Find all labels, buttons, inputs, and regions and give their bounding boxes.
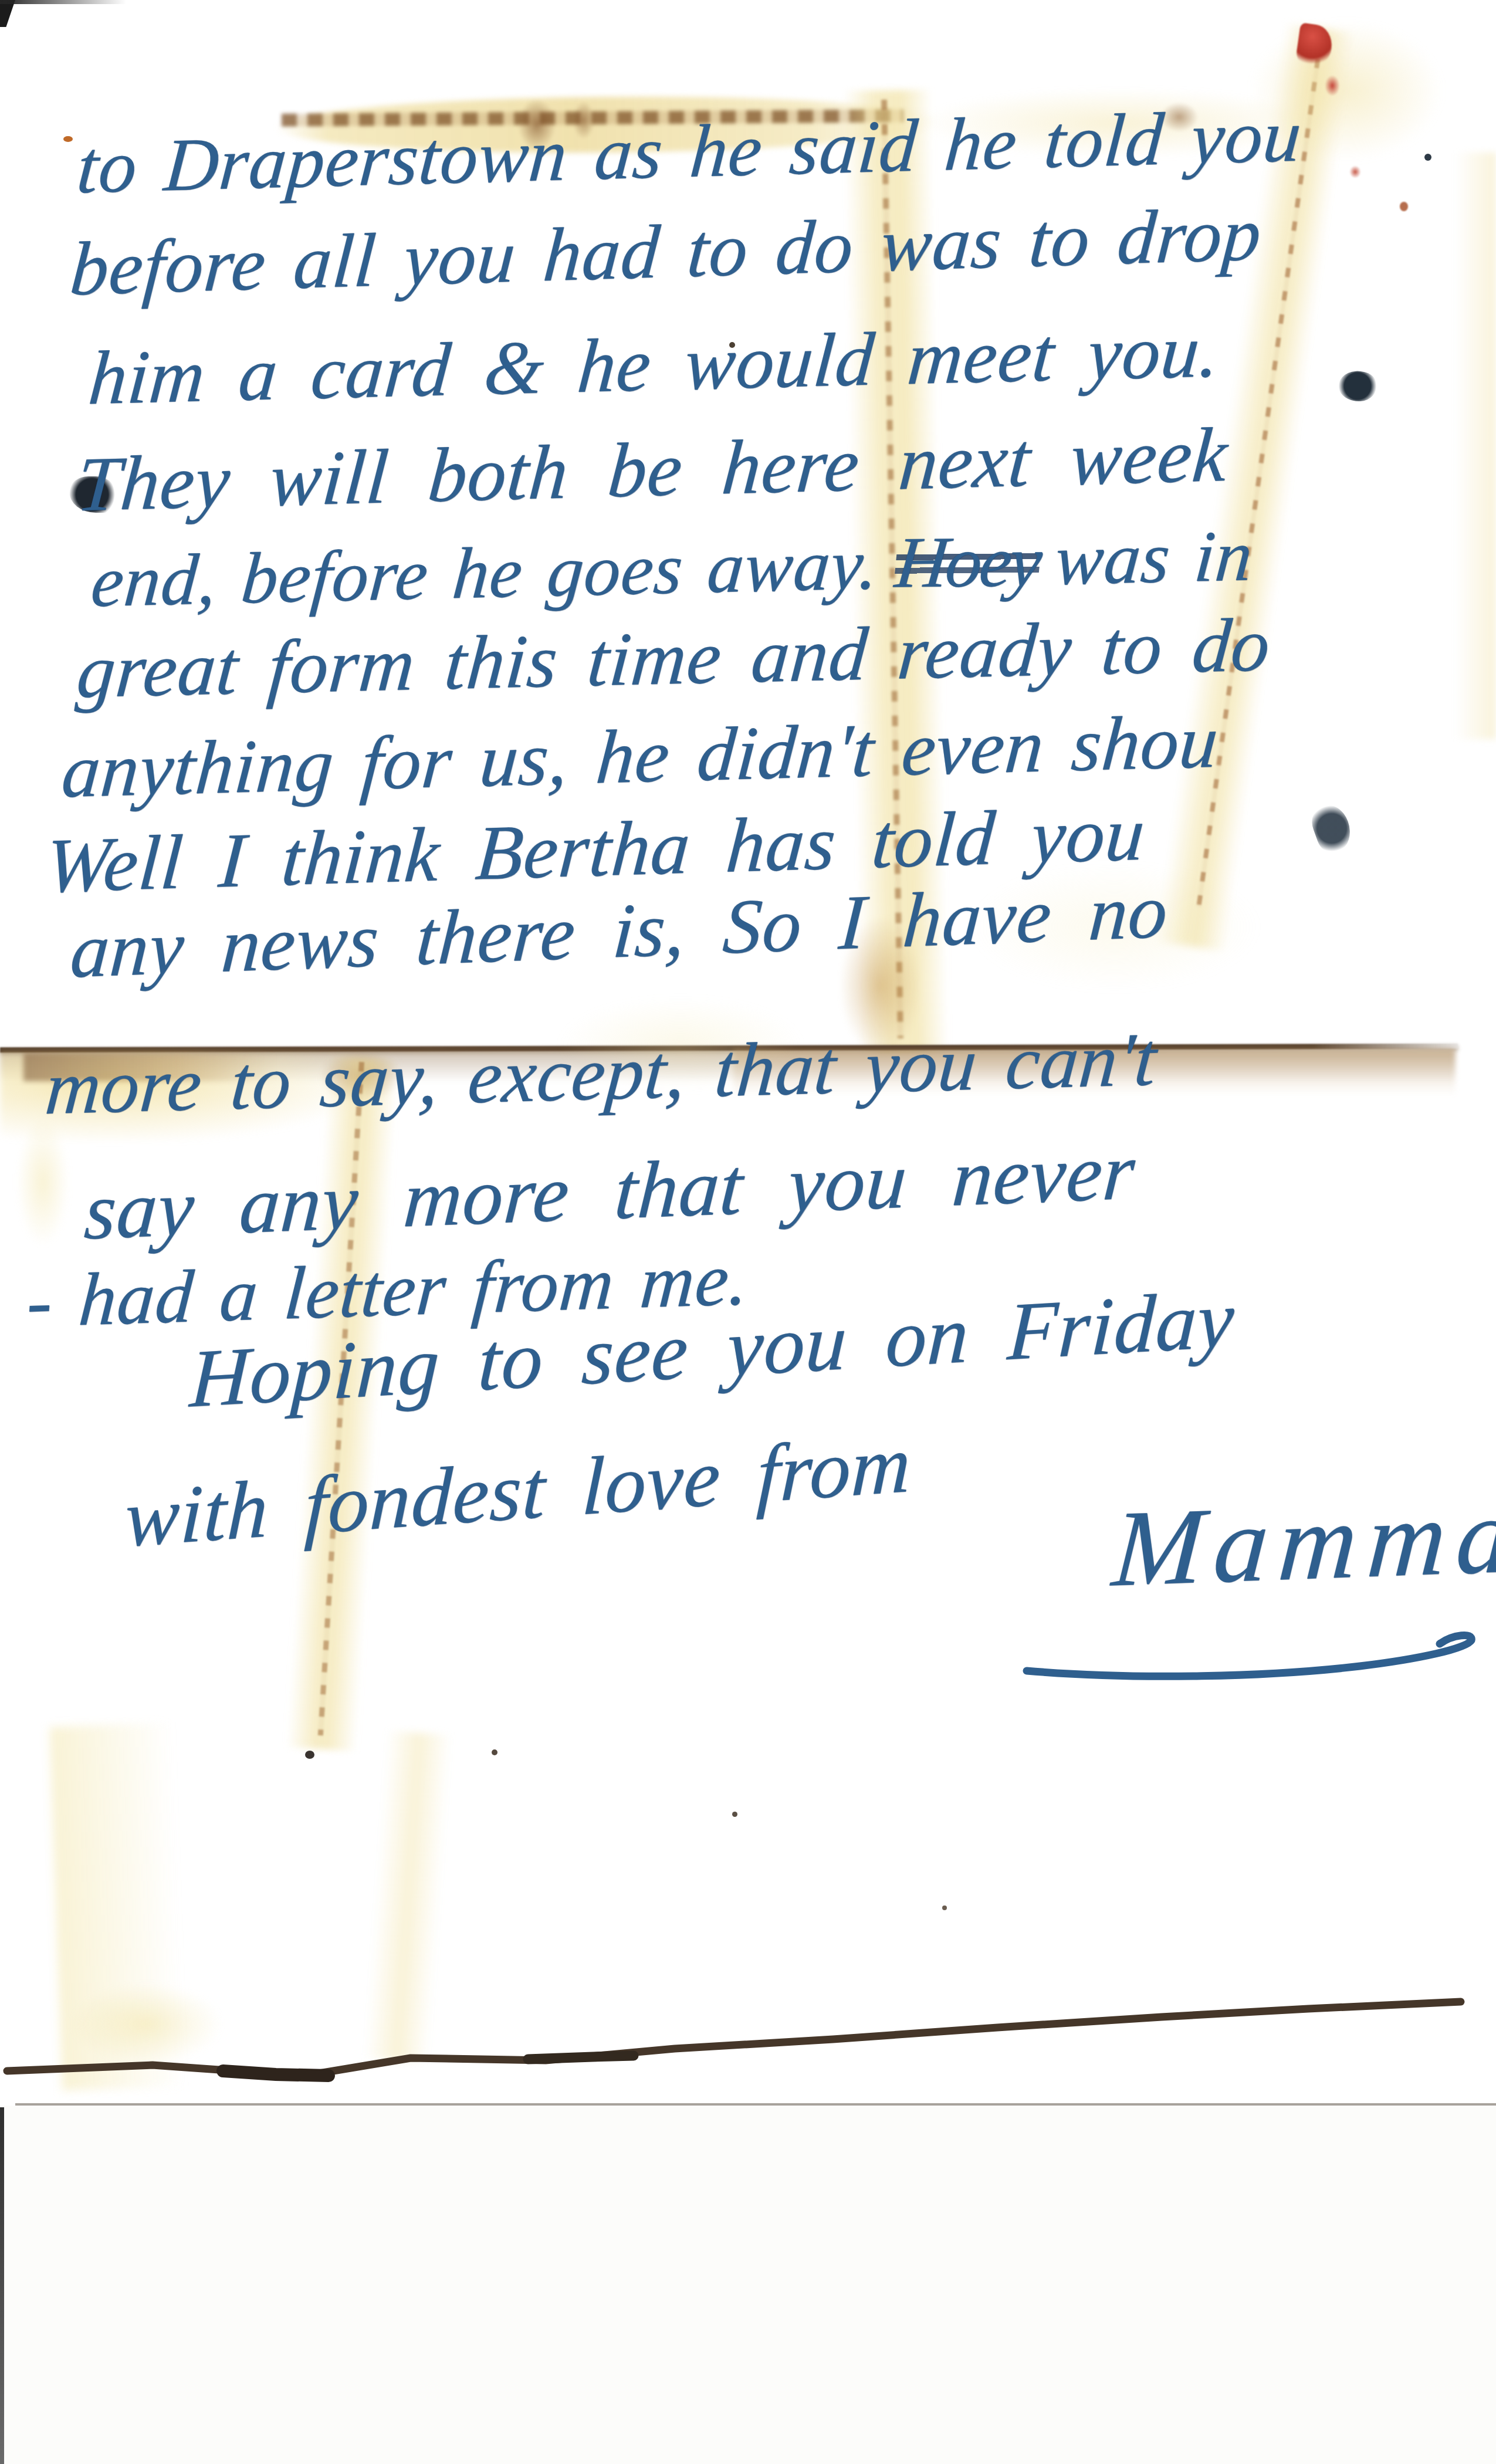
signature-text: Mamma [1109, 1475, 1496, 1610]
left-mid-yellow [16, 1118, 69, 1247]
line-text: They will both be here next week [74, 411, 1231, 528]
letter-line-11: say any more that you never [82, 1124, 1138, 1258]
ink-smear-right-margin [1307, 800, 1356, 857]
sheet-bottom-edge [0, 1983, 1496, 2100]
signature: Mamma [1109, 1473, 1496, 1612]
line5-pre: end, before he goes away. [89, 524, 882, 622]
letter-line-4: They will both be here next week [74, 409, 1231, 530]
line-text: say any more that you never [82, 1126, 1138, 1256]
line-text: him a card & he would meet you. [86, 309, 1223, 421]
line-text: more to say, except, that you can't [42, 1017, 1160, 1131]
dark-speck-3 [732, 1812, 737, 1817]
line-text: with fondest love from [123, 1418, 912, 1564]
scanner-background-strip [0, 2106, 1496, 2464]
red-brown-speck [1400, 202, 1408, 211]
line-text: before all you had to do was to drop [67, 192, 1264, 312]
scanned-letter-page: to Draperstown as he said he told you be… [0, 0, 1496, 2464]
dark-speck-5 [1424, 154, 1431, 161]
letter-line-2: before all you had to do was to drop [67, 190, 1265, 314]
line5-post: was in [1052, 515, 1256, 600]
letter-line-14: with fondest love from [123, 1416, 912, 1566]
letter-line-3: him a card & he would meet you. [86, 307, 1223, 422]
ink-blot-after-you [1335, 367, 1379, 406]
red-mark-large [1295, 22, 1334, 67]
red-dot [1349, 165, 1361, 178]
red-mark-small [1325, 75, 1340, 96]
line-text: to Draperstown as he said he told you [75, 93, 1305, 209]
letter-sheet: to Draperstown as he said he told you be… [0, 0, 1496, 2464]
letter-line-1: to Draperstown as he said he told you [74, 92, 1305, 211]
crossed-out-word: Hoey [892, 520, 1044, 604]
dark-speck-2 [492, 1749, 497, 1755]
orange-speck [63, 136, 73, 142]
signature-flourish [1020, 1625, 1495, 1690]
letter-line-10: more to say, except, that you can't [42, 1015, 1160, 1132]
dark-speck-1 [305, 1751, 314, 1759]
right-edge-yellow [1455, 153, 1496, 739]
dark-speck-4 [942, 1905, 947, 1910]
